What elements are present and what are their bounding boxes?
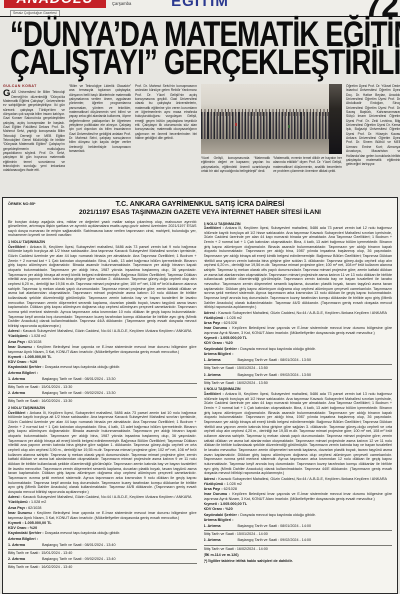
ornek-no-label: ÖRNEK NO:55* [8,202,35,206]
field-imar-durumu: İmar Durumu : Keçiören Belediyesi İmar ç… [204,326,393,335]
auction-row-1-end: Bitiş Tarih ve Saati : 15/01/2024 - 13:3… [8,385,197,390]
auction-row-2-end: Bitiş Tarih ve Saati : 16/02/2024 - 13:5… [204,381,393,386]
field-adresi: Adresi : Kavacık Subayevleri Mahallesi, … [204,311,393,316]
auction-row-2: 2. ArtırmaBaşlangıç Tarih ve Saati : 09/… [204,538,393,543]
footer-note-iik: (İİK m.114 ve m.126) [204,553,393,558]
auction-divider [8,397,197,398]
field-adresi: Adresi : Kavacık Subayevleri Mahallesi, … [8,495,197,500]
auction-info-label: Artırma Bilgileri : [204,352,393,357]
field-yuzolcumu: Yüzölçümü : 1.028 m2 [8,334,197,339]
auction-row-2-end: Bitiş Tarih ve Saati : 16/02/2024 - 13:3… [8,399,197,404]
page-number: 72 [364,0,398,17]
article-column-1: GÜLCAN KOBAT GAZİ Üniversitesi ile Bilim… [3,84,65,194]
field-adresi: Adresi : Kavacık Subayevleri Mahallesi, … [8,329,197,334]
field-yuzolcumu: Yüzölçümü : 1.028 m2 [204,482,393,487]
section-label: EĞİTİM [0,0,400,10]
masthead: ANADOLU Sessiz Çoğunluğun Gazetesi Çarşa… [0,0,400,17]
photo-color-speck [235,123,237,126]
auction-row-1: 1. ArtırmaBaşlangıç Tarih ve Saati : 08/… [204,524,393,529]
field-kiymeti: Kıymeti : 1.005.000,00 TL [8,355,197,360]
field-serhler: Kaydındaki Şerhler : Dosyada mevcut tapu… [8,531,197,536]
field-arsa-payi: Arsa Payı : 62/1028 [8,506,197,511]
article-column-2: “Bilim ve Teknolojiye Liderlik Olacaktır… [69,84,131,194]
notice-title: T.C. ANKARA GAYRİMENKUL SATIŞ İCRA DAİRE… [8,201,392,217]
article-body: GÜLCAN KOBAT GAZİ Üniversitesi ile Bilim… [0,80,400,197]
auction-row-2: 2. ArtırmaBaşlangıç Tarih ve Saati : 09/… [204,373,393,378]
article-column-4: Yücel Gelişli, konuşmasında “Matematik e… [201,156,270,194]
group-photo [201,84,342,154]
auction-row-2: 2. ArtırmaBaşlangıç Tarih ve Saati : 09/… [8,557,197,562]
notice-columns: Bir borçtan dolayı aşağıda cins, miktar … [8,220,392,592]
field-yuzolcumu: Yüzölçümü : 1.028 m2 [204,316,393,321]
auction-row-1: 1. ArtırmaBaşlangıç Tarih ve Saati : 08/… [8,377,197,382]
notice-intro: Bir borçtan dolayı aşağıda cins, miktar … [8,220,197,239]
field-adresi: Adresi : Kavacık Subayevleri Mahallesi, … [204,477,393,482]
headline-line-2: ÇALIŞTAYI” GERÇEKLEŞTİRİLİYOR [10,46,390,80]
field-serhler: Kaydındaki Şerhler : Dosyada mevcut tapu… [204,513,393,518]
photo-crowd [201,112,330,139]
auction-divider [8,383,197,384]
field-kiymeti: Kıymeti : 1.005.000,00 TL [204,336,393,341]
notice-left-column: Bir borçtan dolayı aşağıda cins, miktar … [8,220,197,592]
field-kdv-orani: KDV Oranı : %20 [8,526,197,531]
field-yuzolcumu: Yüzölçümü : 1.028 m2 [8,500,197,505]
field-ozellikleri: Özellikleri : Ankara İli, Keçiören İlçes… [8,411,197,495]
article-column-5: “Matematik, evrenin temel dilidir ve hay… [273,156,342,194]
speaker-portrait [329,84,342,154]
field-ozellikleri: Özellikleri : Ankara İli, Keçiören İlçes… [204,392,393,476]
field-arsa-payi: Arsa Payı : 62/1028 [8,340,197,345]
notice-section: 4 NOLU TAŞINMAZIN Özellikleri : Ankara İ… [204,387,393,551]
auction-divider [204,545,393,546]
auction-info-label: Artırma Bilgileri : [8,537,197,542]
field-serhler: Kaydındaki Şerhler : Dosyada mevcut tapu… [8,365,197,370]
photo-color-speck [288,125,290,128]
auction-divider [204,379,393,380]
main-headline: “DÜNYA’DA MATEMATİK EĞİTİMİ ÇALIŞTAYI” G… [0,17,400,80]
field-kdv-orani: KDV Oranı : %20 [204,341,393,346]
article-under-photo-columns: Yücel Gelişli, konuşmasında “Matematik e… [201,156,342,194]
article-middle-block: Yücel Gelişli, konuşmasında “Matematik e… [201,84,342,194]
field-ozellikleri: Özellikleri : Ankara İli, Keçiören İlçes… [204,226,393,310]
field-imar-durumu: İmar Durumu : Keçiören Belediyesi İmar ç… [8,511,197,520]
auction-row-1-end: Bitiş Tarih ve Saati : 15/01/2024 - 13:5… [204,366,393,371]
notice-title-line-1: T.C. ANKARA GAYRİMENKUL SATIŞ İCRA DAİRE… [8,201,392,209]
field-kdv-orani: KDV Oranı : %20 [8,360,197,365]
field-kiymeti: Kıymeti : 1.005.000,00 TL [8,521,197,526]
footer-note-irtifak: (*) İlgililer tabirine irtifak hakkı sah… [204,559,393,564]
field-imar-durumu: İmar Durumu : Keçiören Belediyesi İmar ç… [204,492,393,501]
article-column-3: Prof. Dr. Mahmut Selvi’nin konuşmasının … [135,84,197,194]
field-ozellikleri: Özellikleri : Ankara İli, Keçiören İlçes… [8,245,197,329]
notice-section: 2 NOLU TAŞINMAZIN Özellikleri : Ankara İ… [8,406,197,570]
notice-section: 3 NOLU TAŞINMAZIN Özellikleri : Ankara İ… [204,222,393,386]
legal-notice: ÖRNEK NO:55* T.C. ANKARA GAYRİMENKUL SAT… [2,197,398,594]
article-text-1: GAZİ Üniversitesi ile Bilim Teknoloji De… [3,90,65,173]
field-serhler: Kaydındaki Şerhler : Dosyada mevcut tapu… [204,347,393,352]
auction-divider [204,530,393,531]
field-imar-durumu: İmar Durumu : Keçiören Belediyesi İmar ç… [8,345,197,354]
notice-section: 1 NOLU TAŞINMAZIN Özellikleri : Ankara İ… [8,240,197,404]
article-column-6: Öğretim Üyesi Prof. Dr. Yüksel Dede, İst… [346,84,400,194]
notice-right-column: 3 NOLU TAŞINMAZIN Özellikleri : Ankara İ… [204,220,393,592]
auction-row-1-end: Bitiş Tarih ve Saati : 15/01/2024 - 14:0… [204,532,393,537]
auction-row-1: 1. ArtırmaBaşlangıç Tarih ve Saati : 08/… [8,543,197,548]
notice-left-sections: 1 NOLU TAŞINMAZIN Özellikleri : Ankara İ… [8,240,197,570]
byline: GÜLCAN KOBAT [3,84,65,89]
field-kdv-orani: KDV Oranı : %20 [204,507,393,512]
field-kiymeti: Kıymeti : 1.005.000,00 TL [204,502,393,507]
auction-row-2: 2. ArtırmaBaşlangıç Tarih ve Saati : 09/… [8,391,197,396]
auction-row-2-end: Bitiş Tarih ve Saati : 16/02/2024 - 13:4… [8,565,197,570]
auction-info-label: Artırma Bilgileri : [204,518,393,523]
auction-row-1-end: Bitiş Tarih ve Saati : 15/01/2024 - 13:4… [8,551,197,556]
auction-row-2-end: Bitiş Tarih ve Saati : 16/02/2024 - 14:0… [204,547,393,552]
auction-divider [8,563,197,564]
auction-divider [204,364,393,365]
auction-row-1: 1. ArtırmaBaşlangıç Tarih ve Saati : 08/… [204,358,393,363]
notice-right-sections: 3 NOLU TAŞINMAZIN Özellikleri : Ankara İ… [204,222,393,552]
auction-divider [8,549,197,550]
auction-info-label: Artırma Bilgileri : [8,371,197,376]
field-arsa-payi: Arsa Payı : 62/1028 [204,487,393,492]
notice-title-line-2: 2021/1197 ESAS TAŞINMAZIN GAZETE VEYA İN… [8,209,392,217]
